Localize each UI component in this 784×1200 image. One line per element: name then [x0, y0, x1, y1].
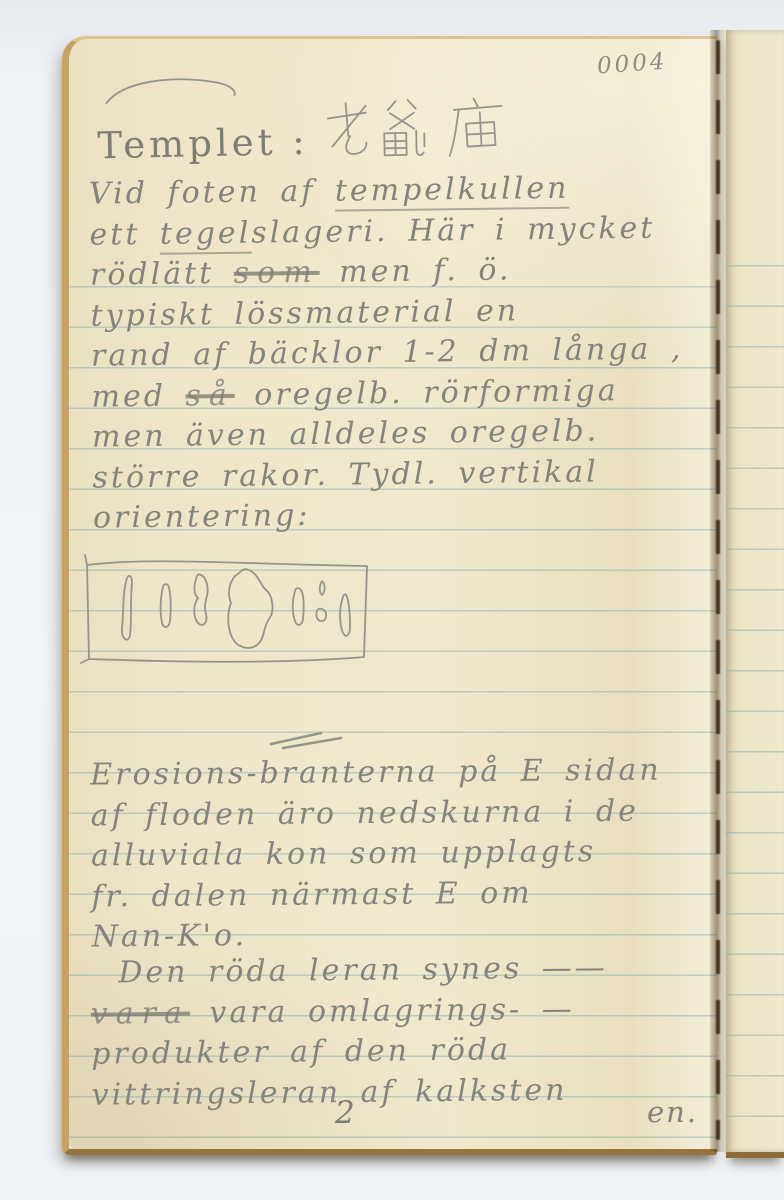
handwritten-text: större rakor. Tydl. vertikal	[92, 454, 599, 495]
scanned-notebook-page-photo: 0004 Templet : Vid foten af tempe	[0, 0, 784, 1200]
handwritten-text: ett	[89, 216, 160, 252]
handwritten-line: fr. dalen närmast E om	[91, 872, 663, 917]
paragraph-red-clay: Den röda leran synes ——vara vara omlagri…	[90, 948, 609, 1115]
handwritten-text: Nan-K'o.	[92, 918, 248, 954]
notebook-right-page-edge	[726, 30, 784, 1158]
page-number: 2	[335, 1095, 355, 1131]
handwritten-text: produkter af den röda	[91, 1032, 511, 1071]
handwritten-line: af floden äro nedskurna i de	[90, 791, 662, 836]
handwritten-text: vittringsleran af kalksten	[91, 1072, 567, 1112]
notebook-left-page: 0004 Templet : Vid foten af tempe	[62, 36, 717, 1155]
handwritten-text: vara omlagrings- —	[190, 991, 575, 1030]
handwritten-text: men f. ö.	[319, 252, 511, 289]
title-latin: Templet :	[97, 120, 309, 167]
handwritten-text: fr. dalen närmast E om	[91, 875, 533, 914]
binding-gutter	[710, 30, 726, 1152]
paragraph-erosion-slopes: Erosions-branterna på E sidanaf floden ä…	[90, 751, 663, 958]
handwritten-text: Den röda leran synes ——	[118, 950, 608, 990]
handwritten-text: rand af bäcklor 1-2 dm långa ,	[91, 331, 684, 373]
handwritten-line: rödlätt som men f. ö.	[90, 248, 683, 296]
handwritten-line: typiskt lössmaterial en	[90, 289, 683, 337]
page-title: Templet :	[96, 79, 511, 168]
handwritten-line: ett tegelslageri. Här i mycket	[89, 208, 682, 256]
handwritten-line: produkter af den röda	[91, 1029, 609, 1075]
handwritten-text: Erosions-branterna på E sidan	[90, 753, 662, 793]
handwritten-line: Erosions-branterna på E sidan	[90, 751, 662, 796]
handwritten-text: rödlätt	[90, 256, 234, 293]
handwritten-text: Vid foten af	[89, 174, 335, 212]
handwritten-text: med	[91, 378, 185, 414]
loess-vertical-pores-sketch	[79, 551, 375, 673]
ruled-lines-right	[726, 226, 784, 1146]
handwritten-text: slageri. Här i mycket	[251, 210, 655, 250]
handwritten-text: orientering:	[93, 498, 311, 536]
hyphenated-word-continuation: en.	[647, 1095, 698, 1129]
handwritten-text: af floden äro nedskurna i de	[90, 793, 639, 833]
handwritten-text: oregelb. rörformiga	[235, 373, 619, 413]
struck-out-word: vara	[91, 995, 190, 1031]
handwritten-text: tempelkullen	[335, 171, 570, 212]
handwritten-line: vara vara omlagrings- —	[91, 989, 609, 1035]
handwritten-line: alluviala kon som upplagts	[91, 832, 663, 877]
stray-pencil-mark-icon	[267, 729, 345, 751]
folio-number: 0004	[596, 49, 668, 80]
handwritten-text: alluviala kon som upplagts	[91, 834, 597, 873]
handwritten-line: rand af bäcklor 1-2 dm långa ,	[91, 329, 684, 377]
struck-out-word: så	[185, 377, 235, 413]
handwritten-text: tegel	[160, 215, 252, 254]
chinese-characters-laoyemiao-icon	[324, 97, 511, 161]
handwritten-line: orientering:	[93, 491, 686, 539]
handwritten-line: Den röda leran synes ——	[90, 948, 608, 994]
handwritten-line: större rakor. Tydl. vertikal	[92, 451, 685, 499]
paragraph-loess-description: Vid foten af tempelkullenett tegelslager…	[89, 167, 686, 539]
pen-flourish-icon	[100, 72, 251, 109]
stitching-thread-icon	[716, 40, 720, 1140]
handwritten-text: typiskt lössmaterial en	[90, 293, 519, 333]
handwritten-line: men även alldeles oregelb.	[92, 410, 685, 458]
struck-out-word: som	[234, 255, 320, 291]
handwritten-text: men även alldeles oregelb.	[92, 413, 600, 454]
